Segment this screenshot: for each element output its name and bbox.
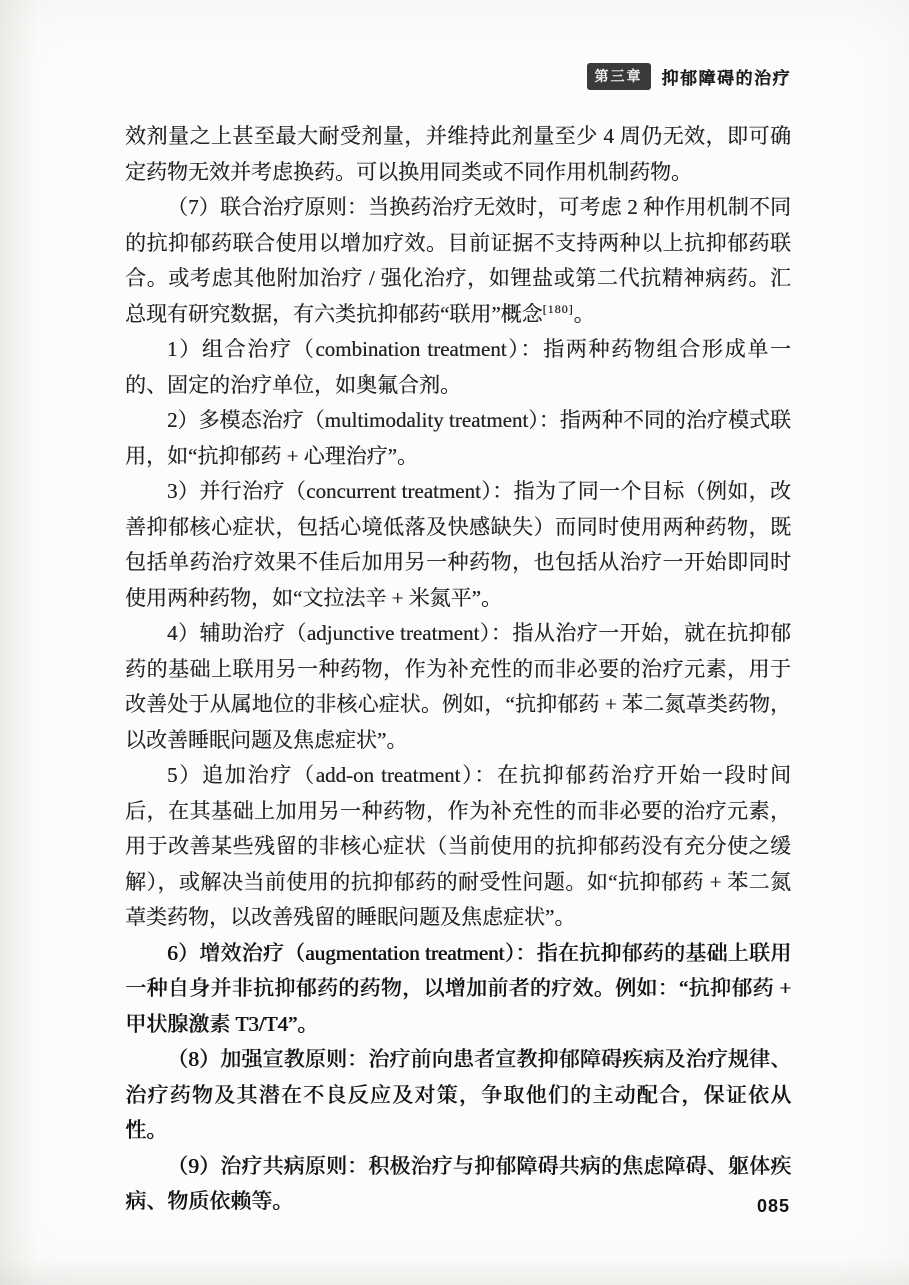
paragraph-text: （8）加强宣教原则：治疗前向患者宣教抑郁障碍疾病及治疗规律、治疗药物及其潜在不良… bbox=[125, 1047, 791, 1142]
paragraph: 1）组合治疗（combination treatment）：指两种药物组合形成单… bbox=[125, 332, 791, 403]
paragraph-text: 5）追加治疗（add-on treatment）：在抗抑郁药治疗开始一段时间后，… bbox=[125, 763, 791, 929]
page-number: 085 bbox=[757, 1196, 790, 1216]
paragraph-text: 1）组合治疗（combination treatment）：指两种药物组合形成单… bbox=[125, 337, 791, 397]
paragraph: 6）增效治疗（augmentation treatment）：指在抗抑郁药的基础… bbox=[125, 936, 791, 1043]
paragraph-text: 2）多模态治疗（multimodality treatment）：指两种不同的治… bbox=[125, 408, 791, 468]
page-footer: 085 bbox=[757, 1196, 790, 1217]
page-body: 效剂量之上甚至最大耐受剂量，并维持此剂量至少 4 周仍无效，即可确定药物无效并考… bbox=[125, 119, 791, 1220]
paragraph: 2）多模态治疗（multimodality treatment）：指两种不同的治… bbox=[125, 403, 791, 474]
paragraph-text: （7）联合治疗原则：当换药治疗无效时，可考虑 2 种作用机制不同的抗抑郁药联合使… bbox=[125, 195, 791, 326]
paragraph-text: （9）治疗共病原则：积极治疗与抑郁障碍共病的焦虑障碍、躯体疾病、物质依赖等。 bbox=[125, 1154, 791, 1214]
paragraph: 3）并行治疗（concurrent treatment）：指为了同一个目标（例如… bbox=[125, 474, 791, 616]
citation-superscript: [180] bbox=[543, 302, 574, 316]
paragraph-text: 3）并行治疗（concurrent treatment）：指为了同一个目标（例如… bbox=[125, 479, 791, 610]
paragraph: （9）治疗共病原则：积极治疗与抑郁障碍共病的焦虑障碍、躯体疾病、物质依赖等。 bbox=[125, 1149, 791, 1220]
paragraph: 5）追加治疗（add-on treatment）：在抗抑郁药治疗开始一段时间后，… bbox=[125, 758, 791, 936]
chapter-badge: 第三章 bbox=[587, 63, 651, 90]
paragraph-text: 。 bbox=[574, 302, 595, 326]
paragraph: （8）加强宣教原则：治疗前向患者宣教抑郁障碍疾病及治疗规律、治疗药物及其潜在不良… bbox=[125, 1042, 791, 1149]
paragraph-text: 4）辅助治疗（adjunctive treatment）：指从治疗一开始，就在抗… bbox=[125, 621, 791, 752]
page-header: 第三章 抑郁障碍的治疗 bbox=[587, 63, 792, 90]
paragraph: 4）辅助治疗（adjunctive treatment）：指从治疗一开始，就在抗… bbox=[125, 616, 791, 758]
paragraph: 效剂量之上甚至最大耐受剂量，并维持此剂量至少 4 周仍无效，即可确定药物无效并考… bbox=[125, 119, 791, 190]
chapter-title: 抑郁障碍的治疗 bbox=[662, 64, 792, 89]
document-page: 第三章 抑郁障碍的治疗 效剂量之上甚至最大耐受剂量，并维持此剂量至少 4 周仍无… bbox=[0, 0, 909, 1285]
paragraph-text: 6）增效治疗（augmentation treatment）：指在抗抑郁药的基础… bbox=[125, 941, 791, 1036]
paragraph-text: 效剂量之上甚至最大耐受剂量，并维持此剂量至少 4 周仍无效，即可确定药物无效并考… bbox=[125, 124, 791, 184]
paragraph: （7）联合治疗原则：当换药治疗无效时，可考虑 2 种作用机制不同的抗抑郁药联合使… bbox=[125, 190, 791, 332]
